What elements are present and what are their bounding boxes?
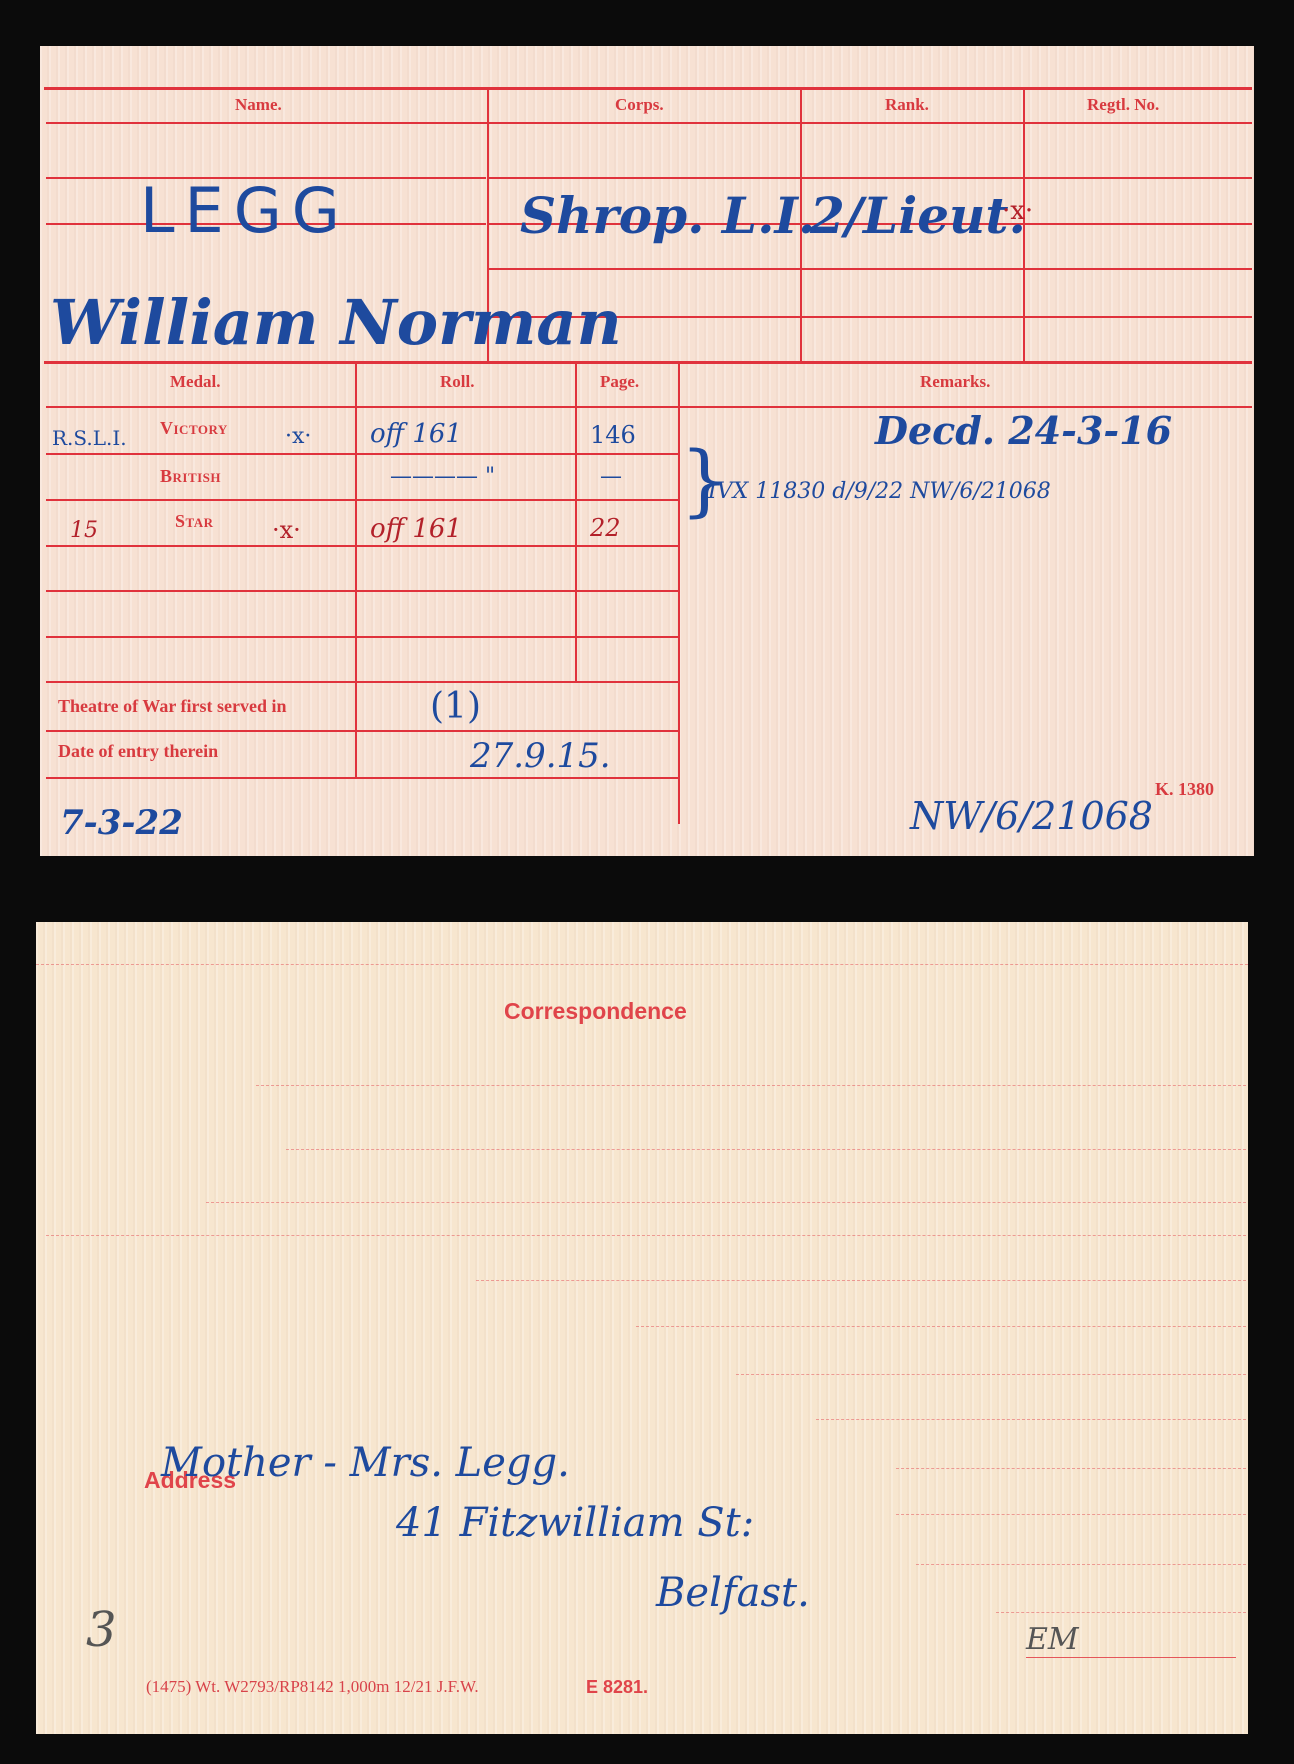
page-header: Page.: [600, 372, 639, 392]
rank-value: 2/Lieut.: [810, 186, 1026, 245]
rule: [46, 499, 678, 501]
printer-footer: (1475) Wt. W2793/RP8142 1,000m 12/21 J.F…: [146, 1677, 479, 1697]
theatre-label: Theatre of War first served in: [58, 696, 286, 717]
rule: [46, 1235, 1246, 1237]
medal-prefix: 15: [70, 518, 98, 543]
medal-header: Medal.: [170, 372, 221, 392]
name-header: Name.: [235, 95, 282, 115]
rule: [488, 268, 1252, 270]
reference-number: NW/6/21068: [910, 794, 1153, 838]
section-rule: [44, 361, 1252, 364]
address-line-2: 41 Fitzwilliam St:: [396, 1500, 754, 1546]
page-value: —: [600, 464, 622, 489]
regtl-no-header: Regtl. No.: [1087, 95, 1159, 115]
rank-header: Rank.: [885, 95, 929, 115]
col-divider: [678, 362, 680, 824]
rule: [256, 1085, 1246, 1087]
roll-value: off 161: [370, 514, 462, 544]
rule: [46, 590, 678, 592]
header-rule: [46, 122, 1252, 124]
page-value: 146: [590, 421, 636, 449]
issued-mark: ·x·: [272, 516, 301, 544]
corps-header: Corps.: [615, 95, 664, 115]
rule: [1026, 1657, 1236, 1658]
correspondence-title: Correspondence: [504, 998, 687, 1025]
remarks-reference: IVX 11830 d/9/22 NW/6/21068: [708, 479, 1051, 504]
medal-victory: Victory: [160, 418, 228, 439]
rule: [46, 453, 678, 455]
rule: [488, 177, 1252, 179]
form-number: K. 1380: [1155, 779, 1214, 800]
top-rule: [44, 87, 1252, 90]
medal-star: Star: [175, 511, 214, 532]
forenames: William Norman: [50, 286, 622, 359]
medal-prefix: R.S.L.I.: [52, 426, 127, 450]
medal-index-card-back: Correspondence Address Mother - Mrs. Leg…: [36, 922, 1248, 1734]
rule: [36, 964, 1248, 966]
rule: [896, 1468, 1246, 1470]
rule: [206, 1202, 1246, 1204]
date-entry-label: Date of entry therein: [58, 741, 218, 762]
medal-british: British: [160, 466, 221, 487]
roll-value: ———— ": [390, 464, 495, 489]
address-line-1: Mother - Mrs. Legg.: [161, 1440, 570, 1486]
printer-code: E 8281.: [586, 1677, 648, 1698]
rule: [46, 681, 678, 683]
address-line-3: Belfast.: [656, 1570, 810, 1616]
rule: [476, 1280, 1246, 1282]
rule: [816, 1419, 1246, 1421]
date-entry-value: 27.9.15.: [470, 736, 611, 776]
roll-header: Roll.: [440, 372, 474, 392]
rule: [636, 1326, 1246, 1328]
remarks-header: Remarks.: [920, 372, 990, 392]
corps-value: Shrop. L.I.: [520, 186, 815, 245]
col-divider: [355, 362, 357, 778]
red-tick-mark: ·x·: [1002, 196, 1033, 226]
rule: [996, 1612, 1246, 1614]
page-value: 22: [590, 514, 621, 542]
roll-value: off 161: [370, 419, 462, 449]
rule: [46, 730, 678, 732]
medal-index-card-front: Name. Corps. Rank. Regtl. No. LEGG Willi…: [40, 46, 1254, 856]
pencil-mark: 3: [86, 1602, 117, 1658]
rule: [46, 545, 678, 547]
col-divider: [575, 362, 577, 682]
rule: [916, 1564, 1246, 1566]
rule: [46, 777, 678, 779]
rule: [46, 636, 678, 638]
rule: [286, 1149, 1246, 1151]
remarks-deceased: Decd. 24-3-16: [875, 408, 1172, 453]
surname: LEGG: [140, 174, 350, 247]
bottom-date: 7-3-22: [60, 803, 183, 843]
theatre-value: (1): [430, 686, 481, 727]
pencil-initials: EM: [1026, 1622, 1079, 1657]
issued-mark: ·x·: [285, 424, 311, 449]
rule: [736, 1374, 1246, 1376]
rule: [896, 1514, 1246, 1516]
